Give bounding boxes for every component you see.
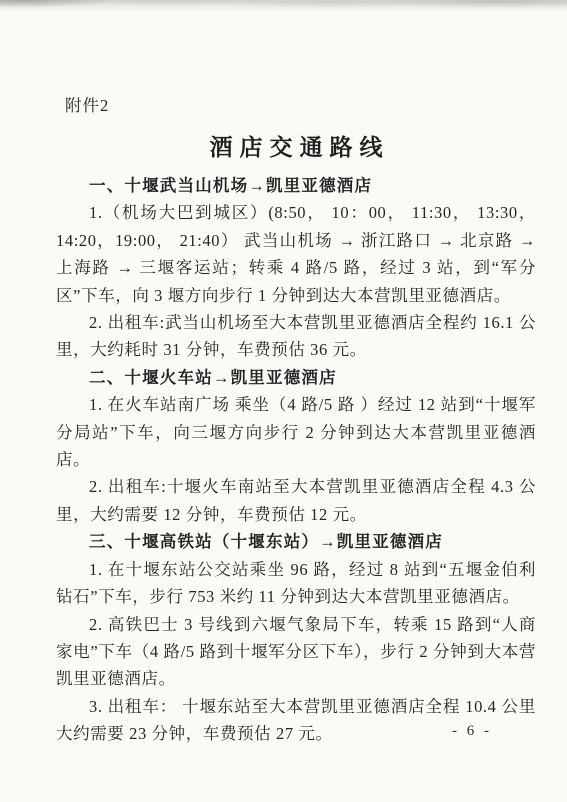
section-1-paragraph-2: 2. 出租车:武当山机场至大本营凯里亚德酒店全程约 16.1 公里，大约耗时 3…: [56, 309, 536, 364]
section-1-heading: 一、十堰武当山机场→凯里亚德酒店: [56, 172, 536, 199]
section-3-paragraph-2: 2. 高铁巴士 3 号线到六堰气象局下车，转乘 15 路到“人商家电”下车（4 …: [56, 611, 536, 693]
scanned-document-page: 附件2 酒店交通路线 一、十堰武当山机场→凯里亚德酒店 1.（机场大巴到城区）(…: [0, 0, 567, 802]
attachment-label: 附件2: [65, 92, 536, 119]
document-content: 附件2 酒店交通路线 一、十堰武当山机场→凯里亚德酒店 1.（机场大巴到城区）(…: [0, 0, 567, 748]
section-3-heading: 三、十堰高铁站（十堰东站）→凯里亚德酒店: [56, 528, 536, 555]
section-2-paragraph-1: 1. 在火车站南广场 乘坐（4 路/5 路 ）经过 12 站到“十堰军分局站”下…: [56, 391, 536, 473]
section-3-paragraph-1: 1. 在十堰东站公交站乘坐 96 路，经过 8 站到“五堰金伯利钻石”下车，步行…: [56, 556, 536, 611]
section-1-paragraph-1: 1.（机场大巴到城区）(8:50， 10：00， 11:30， 13:30， 1…: [56, 199, 536, 309]
section-2-heading: 二、十堰火车站→凯里亚德酒店: [56, 364, 536, 391]
document-title: 酒店交通路线: [56, 132, 536, 164]
page-number: - 6 -: [452, 723, 492, 740]
section-2-paragraph-2: 2. 出租车:十堰火车南站至大本营凯里亚德酒店全程 4.3 公里，大约需要 12…: [56, 473, 536, 528]
